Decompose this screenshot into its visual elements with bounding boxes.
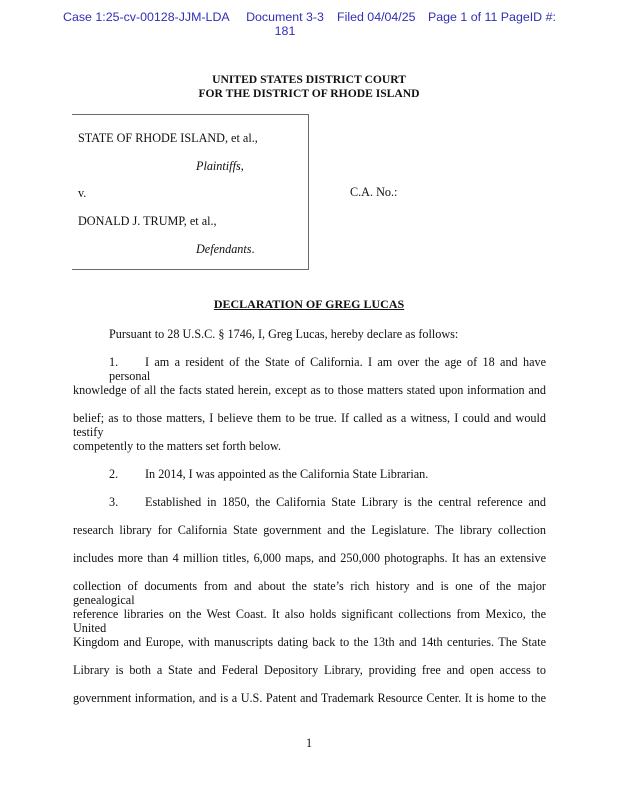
- paragraph-1-line-1: 1.I am a resident of the State of Califo…: [109, 355, 546, 383]
- paragraph-text: Established in 1850, the California Stat…: [145, 495, 546, 509]
- ecf-page-id: 181: [243, 24, 327, 38]
- paragraph-number: 1.: [109, 355, 145, 369]
- page-number: 1: [0, 736, 618, 751]
- civil-action-number: C.A. No.:: [350, 185, 397, 200]
- plaintiffs-label: Plaintiffs,: [196, 159, 244, 174]
- court-title: UNITED STATES DISTRICT COURT FOR THE DIS…: [0, 73, 618, 101]
- plaintiffs-label-text: Plaintiffs: [196, 159, 241, 173]
- declaration-title: DECLARATION OF GREG LUCAS: [0, 297, 618, 312]
- defendants-label: Defendants.: [196, 242, 255, 257]
- paragraph-number: 3.: [109, 495, 145, 509]
- paragraph-3-line-4: collection of documents from and about t…: [73, 579, 546, 607]
- paragraph-text: In 2014, I was appointed as the Californ…: [145, 467, 428, 481]
- plaintiff-name: STATE OF RHODE ISLAND, et al.,: [78, 131, 258, 146]
- declaration-intro: Pursuant to 28 U.S.C. § 1746, I, Greg Lu…: [109, 327, 546, 341]
- ecf-case-number: Case 1:25-cv-00128-JJM-LDA: [63, 10, 230, 24]
- ecf-filed-date: Filed 04/04/25: [337, 10, 416, 24]
- paragraph-2-line-1: 2.In 2014, I was appointed as the Califo…: [109, 467, 546, 481]
- court-title-line2: FOR THE DISTRICT OF RHODE ISLAND: [0, 87, 618, 101]
- paragraph-1-line-2: knowledge of all the facts stated herein…: [73, 383, 546, 397]
- versus-label: v.: [78, 186, 86, 201]
- defendant-name: DONALD J. TRUMP, et al.,: [78, 214, 217, 229]
- paragraph-1-line-4: competently to the matters set forth bel…: [73, 439, 546, 453]
- plaintiffs-label-punct: ,: [241, 159, 244, 173]
- paragraph-text: I am a resident of the State of Californ…: [109, 355, 546, 383]
- paragraph-3-line-1: 3.Established in 1850, the California St…: [109, 495, 546, 509]
- court-title-line1: UNITED STATES DISTRICT COURT: [0, 73, 618, 87]
- ecf-page-info: Page 1 of 11 PageID #:: [428, 10, 556, 24]
- paragraph-3-line-6: Kingdom and Europe, with manuscripts dat…: [73, 635, 546, 649]
- ecf-document-number: Document 3-3 181: [243, 10, 327, 38]
- paragraph-3-line-7: Library is both a State and Federal Depo…: [73, 663, 546, 677]
- defendants-label-punct: .: [252, 242, 255, 256]
- paragraph-1-line-3: belief; as to those matters, I believe t…: [73, 411, 546, 439]
- paragraph-3-line-8: government information, and is a U.S. Pa…: [73, 691, 546, 705]
- paragraph-3-line-3: includes more than 4 million titles, 6,0…: [73, 551, 546, 565]
- paragraph-3-line-2: research library for California State go…: [73, 523, 546, 537]
- defendants-label-text: Defendants: [196, 242, 252, 256]
- paragraph-number: 2.: [109, 467, 145, 481]
- case-caption-box: STATE OF RHODE ISLAND, et al., Plaintiff…: [72, 114, 309, 270]
- ecf-document-label: Document 3-3: [246, 10, 324, 24]
- paragraph-3-line-5: reference libraries on the West Coast. I…: [73, 607, 546, 635]
